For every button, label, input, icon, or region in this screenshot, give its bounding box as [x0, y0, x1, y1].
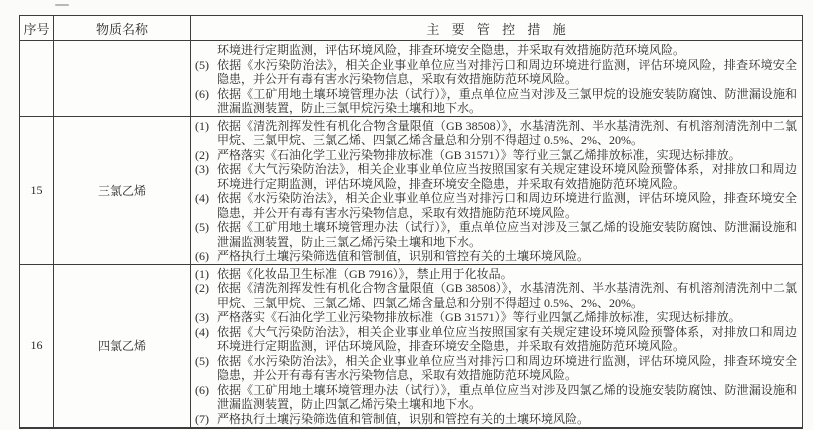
measure-marker: (2)	[193, 148, 217, 163]
measure-marker: (5)	[193, 220, 217, 249]
measure-marker	[193, 43, 217, 58]
measure-text: 依据《工矿用地土壤环境管理办法（试行）》，重点单位应当对涉及三氯甲烷的设施安装防…	[217, 87, 797, 116]
document-page: 序号 物质名称 主 要 管 控 措 施 环境进行定期监测，评估环境风险，排查环境…	[0, 0, 813, 430]
measure-marker: (2)	[193, 281, 217, 310]
measure-item: (6) 依据《工矿用地土壤环境管理办法（试行）》，重点单位应当对涉及三氯甲烷的设…	[193, 87, 797, 116]
measure-marker: (4)	[193, 325, 217, 354]
cell-no: 16	[20, 264, 54, 428]
measure-item: (3) 严格落实《石油化学工业污染物排放标准（GB 31571）》等行业四氯乙烯…	[193, 310, 797, 325]
column-header-name: 物质名称	[54, 16, 191, 41]
measure-text: 依据《化妆品卫生标准（GB 7916）》，禁止用于化妆品。	[217, 267, 797, 282]
measure-text: 严格落实《石油化学工业污染物排放标准（GB 31571）》等行业四氯乙烯排放标准…	[217, 310, 797, 325]
measure-marker: (1)	[193, 267, 217, 282]
measure-item: (5) 依据《工矿用地土壤环境管理办法（试行）》，重点单位应当对涉及三氯乙烯的设…	[193, 220, 797, 249]
control-measures-table: 序号 物质名称 主 要 管 控 措 施 环境进行定期监测，评估环境风险，排查环境…	[19, 15, 803, 429]
measure-marker: (7)	[193, 412, 217, 427]
measure-item: (5) 依据《水污染防治法》，相关企业事业单位应当对排污口和周边环境进行监测，评…	[193, 58, 797, 87]
cell-substance-name	[54, 41, 191, 117]
measure-text: 依据《工矿用地土壤环境管理办法（试行）》，重点单位应当对涉及四氯乙烯的设施安装防…	[217, 383, 797, 412]
cell-no: 15	[20, 116, 54, 264]
measure-text: 严格执行土壤污染筛选值和管制值，识别和管控有关的土壤环境风险。	[217, 249, 797, 264]
measure-item: (6) 依据《工矿用地土壤环境管理办法（试行）》，重点单位应当对涉及四氯乙烯的设…	[193, 383, 797, 412]
measure-item: (5) 依据《水污染防治法》，相关企业事业单位应当对排污口和周边环境进行监测，评…	[193, 354, 797, 383]
measure-item: (3) 依据《大气污染防治法》，相关企业事业单位应当按照国家有关规定建设环境风险…	[193, 162, 797, 191]
measure-marker: (3)	[193, 162, 217, 191]
measure-item: (1) 依据《清洗剂挥发性有机化合物含量限值（GB 38508）》，水基清洗剂、…	[193, 119, 797, 148]
table-row-continuation: 环境进行定期监测，评估环境风险，排查环境安全隐患，并采取有效措施防范环境风险。 …	[20, 41, 803, 117]
measure-text: 依据《大气污染防治法》，相关企业事业单位应当按照国家有关规定建设环境风险预警体系…	[217, 325, 797, 354]
measure-text: 依据《工矿用地土壤环境管理办法（试行）》，重点单位应当对涉及三氯乙烯的设施安装防…	[217, 220, 797, 249]
measure-text: 依据《清洗剂挥发性有机化合物含量限值（GB 38508）》，水基清洗剂、半水基清…	[217, 281, 797, 310]
column-header-no: 序号	[20, 16, 54, 41]
measure-marker: (5)	[193, 58, 217, 87]
cell-no	[20, 41, 54, 117]
measure-marker: (4)	[193, 191, 217, 220]
measure-text: 依据《清洗剂挥发性有机化合物含量限值（GB 38508）》，水基清洗剂、半水基清…	[217, 119, 797, 148]
measure-item: (6) 严格执行土壤污染筛选值和管制值，识别和管控有关的土壤环境风险。	[193, 249, 797, 264]
cell-substance-name: 三氯乙烯	[54, 116, 191, 264]
measure-text: 依据《水污染防治法》，相关企业事业单位应当对排污口和周边环境进行监测，评估环境风…	[217, 58, 797, 87]
cell-substance-name: 四氯乙烯	[54, 264, 191, 428]
measure-item: (4) 依据《大气污染防治法》，相关企业事业单位应当按照国家有关规定建设环境风险…	[193, 325, 797, 354]
measure-marker: (6)	[193, 383, 217, 412]
measure-item: (7) 严格执行土壤污染筛选值和管制值，识别和管控有关的土壤环境风险。	[193, 412, 797, 427]
measure-item: (4) 依据《水污染防治法》，相关企业事业单位应当对排污口和周边环境进行监测，评…	[193, 191, 797, 220]
measure-text: 严格落实《石油化学工业污染物排放标准（GB 31571）》等行业三氯乙烯排放标准…	[217, 148, 797, 163]
cell-measures: (1) 依据《化妆品卫生标准（GB 7916）》，禁止用于化妆品。 (2) 依据…	[191, 264, 803, 428]
column-header-measures: 主 要 管 控 措 施	[191, 16, 803, 41]
table-row-16: 16 四氯乙烯 (1) 依据《化妆品卫生标准（GB 7916）》，禁止用于化妆品…	[20, 264, 803, 428]
measure-marker: (1)	[193, 119, 217, 148]
measure-text: 严格执行土壤污染筛选值和管制值，识别和管控有关的土壤环境风险。	[217, 412, 797, 427]
measure-text: 依据《水污染防治法》，相关企业事业单位应当对排污口和周边环境进行监测，评估环境风…	[217, 354, 797, 383]
cell-measures: (1) 依据《清洗剂挥发性有机化合物含量限值（GB 38508）》，水基清洗剂、…	[191, 116, 803, 264]
table-header-row: 序号 物质名称 主 要 管 控 措 施	[20, 16, 803, 41]
measure-marker: (6)	[193, 87, 217, 116]
scan-artifact	[55, 4, 69, 6]
measure-marker: (6)	[193, 249, 217, 264]
measure-text: 环境进行定期监测，评估环境风险，排查环境安全隐患，并采取有效措施防范环境风险。	[217, 43, 797, 58]
measure-item: (1) 依据《化妆品卫生标准（GB 7916）》，禁止用于化妆品。	[193, 267, 797, 282]
measure-marker: (3)	[193, 310, 217, 325]
measure-item: (2) 严格落实《石油化学工业污染物排放标准（GB 31571）》等行业三氯乙烯…	[193, 148, 797, 163]
measure-item: (2) 依据《清洗剂挥发性有机化合物含量限值（GB 38508）》，水基清洗剂、…	[193, 281, 797, 310]
measure-text: 依据《水污染防治法》，相关企业事业单位应当对排污口和周边环境进行监测，评估环境风…	[217, 191, 797, 220]
measure-item: 环境进行定期监测，评估环境风险，排查环境安全隐患，并采取有效措施防范环境风险。	[193, 43, 797, 58]
measure-marker: (5)	[193, 354, 217, 383]
table-row-15: 15 三氯乙烯 (1) 依据《清洗剂挥发性有机化合物含量限值（GB 38508）…	[20, 116, 803, 264]
cell-measures: 环境进行定期监测，评估环境风险，排查环境安全隐患，并采取有效措施防范环境风险。 …	[191, 41, 803, 117]
measure-text: 依据《大气污染防治法》，相关企业事业单位应当按照国家有关规定建设环境风险预警体系…	[217, 162, 797, 191]
